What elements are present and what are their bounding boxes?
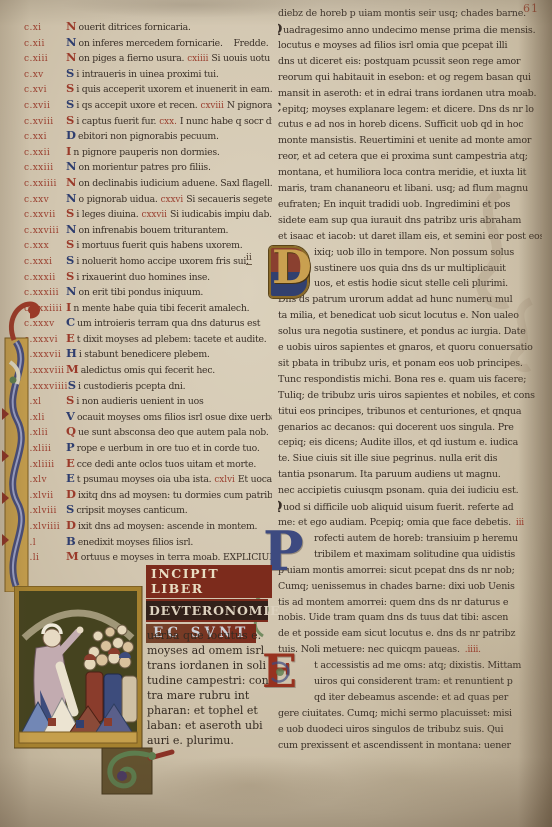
chapter-text: cripsit moyses canticum. [76,503,187,518]
capitula-row: c.xxxiiii I n mente habe quia tibi fecer… [24,300,272,316]
line-text: nec accipietis cuiusqm psonam. quia dei … [278,485,518,496]
chapter-marker: .iiii. [465,645,481,655]
chapter-number: c.xxxi [24,255,66,269]
chapter-initial: S [66,253,74,269]
chapter-text: i noluerit homo accipe uxorem fris sui. [76,254,248,269]
chapter-number: c.xv [24,68,66,82]
text-line: titui eos principes, tribunos et centuri… [278,404,542,420]
chapter-text-2: Et uocau moyses [238,472,272,487]
line-text: mansit in aseroth: et in edrai trans ior… [278,88,536,99]
chapter-number: c.xxvii [24,208,66,222]
chapter-initial: S [66,113,74,129]
text-line: tribilem et maximam solitudine qua uidis… [278,547,542,563]
chapter-initial: S [66,237,74,253]
decorated-initial-d: D [269,246,309,298]
capitula-row: c.xlviii S cripsit moyses canticum. [24,502,272,518]
chapter-text: n pignore pauperis non dormies. [73,145,219,160]
chapter-text: i non audieris uenient in uos [76,394,203,409]
line-text: tribilem et maximam solitudine qua uidis… [314,549,515,560]
chapter-number: c.xvi [24,83,66,97]
inline-chapter-number: cxxvii [142,208,167,222]
chapter-initial: N [66,284,77,300]
chapter-initial: N [66,175,77,191]
text-line: tantia psonarum. Ita paruum audiens ut m… [278,467,542,483]
enlarged-capital: Q [278,499,282,514]
chapter-number: c.xvii [24,99,66,113]
text-line: de et posside eam sicut locutus e. dns d… [278,626,542,642]
text-line: montana, et humiliora loca contra meridi… [278,165,542,181]
chapter-initial: S [66,97,74,113]
capitula-row: c.xliiii E cce dedi ante oclos tuos uita… [24,456,272,472]
foliage-ornament-icon [268,658,294,692]
capitula-row: c.xiii N on piges a fierno usura. cxiiii… [24,50,272,66]
parchment-stain [290,745,520,815]
chapter-text: t dixit moyses ad plebem: tacete et audi… [77,332,267,347]
chapter-text-2: I nunc habe q socr dma [180,114,272,129]
chapter-number: c.xxxii [24,271,66,285]
text-line: mansit in aseroth: et in edrai trans ior… [278,86,542,102]
capitula-row: c.xlvii D ixitq dns ad moysen: tu dormie… [24,487,272,503]
inline-chapter-number: cxx. [159,115,177,129]
chapter-number: c.xii [24,37,66,51]
chapter-initial: I [66,144,71,160]
historiated-initial-h-miniature [14,586,176,798]
capitula-row: c.xxviii N on infrenabis bouem triturant… [24,222,272,238]
text-line: qd iter debeamus ascende: et ad quas per [278,690,542,706]
capitula-row: c.xviii S i captus fuerit fur. cxx. I nu… [24,113,272,129]
dragon-tail-ornament [102,748,172,794]
chapter-number: c.xiii [24,52,66,66]
chapter-initial: M [66,549,79,565]
line-text: diebz de horeb p uiam montis seir usq; c… [278,8,526,19]
capitula-row: c.xxi D ebitori non pignorabis pecuum. [24,128,272,144]
line-text: me: et ego audiam. Pcepiq; omia que face… [278,517,511,528]
capitula-row: c.xxiiii N on declinabis iudicium aduene… [24,175,272,191]
line-text: Tuliq; de tribubz uris uiros sapientes e… [278,390,535,401]
chapter-text: on erit tibi pondus iniquum. [79,285,204,300]
chapter-text: on inferes mercedem fornicarie. Fredde. [79,36,269,51]
line-text: tuis. Noli metuere: nec quicqm paueas. [278,644,460,655]
line-text: solus ura negotia sustinere, et pondus a… [278,326,526,337]
text-line: tuis. Noli metuere: nec quicqm paueas..i… [278,642,542,658]
text-line: rofecti autem de horeb: transiuim p here… [278,531,542,547]
chapter-initial: S [66,66,74,82]
text-line: nobis. Uide tram quam dns ds tuus dat ti… [278,610,542,626]
capitula-row: c.xlii Q ue sunt absconsa deo que autem … [24,424,272,440]
capitula-row: c.xvii S i qs accepit uxore et recen. cx… [24,97,272,113]
line-text: genarios ac decanos: qui docerent uos si… [278,422,514,433]
text-line: cum prexissent et ascendissent in montan… [278,738,542,754]
chapter-text: on declinabis iudicium aduene. Saxl flag… [79,176,272,191]
line-text: uiros qui considerent tram: et renuntien… [314,676,513,687]
chapter-text: ouerit ditrices fornicaria. [79,20,191,35]
line-text: reorum qui habitauit in esebon: et og re… [278,72,531,83]
text-line: t accessistis ad me oms: atq; dixistis. … [278,658,542,674]
chapter-initial: S [66,206,74,222]
line-text: dns ut diceret eis: postquam pcussit seo… [278,56,520,67]
line-text: monte mansistis. Reuertimini et uenite a… [278,135,531,146]
line-text: qd iter debeamus ascende: et ad quas per [314,692,508,703]
text-line: monte mansistis. Reuertimini et uenite a… [278,133,542,149]
capitula-row: c.xli V ocauit moyses oms filios isrl os… [24,409,272,425]
chapter-initial: N [66,50,77,66]
chapter-text: ixitq dns ad moysen: tu dormies cum patr… [78,488,272,503]
chapter-number: c.xxviii [24,224,66,238]
capitula-row: c.xxxvii H i stabunt benedicere plebem. [24,346,272,362]
chapter-text: enedixit moyses filios isrl. [78,535,193,550]
capitula-row: c.li M ortuus e moyses in terra moab. EX… [24,549,272,565]
line-text: te. Siue ciuis sit ille siue pegrinus. n… [278,453,497,464]
capitula-row: c.l B enedixit moyses filios isrl. [24,534,272,550]
chapter-text: i custodieris pcepta dni. [78,379,185,394]
text-line: Cumq; uenissemus in chades barne: dixi u… [278,579,542,595]
chapter-number: c.xxv [24,193,66,207]
line-text: locutus e moyses ad filios isrl omia que… [278,40,507,51]
chapter-initial: V [66,409,75,425]
text-line: gere ciuitates. Cumq; michi sermo placui… [278,706,542,722]
line-text: e uob duodeci uiros singulos de tribubz … [278,724,503,735]
parchment-stain [150,755,350,815]
capitula-row: c.xxxii S i rixauerint duo homines inse. [24,269,272,285]
line-text: cum prexissent et ascendissent in montan… [278,740,511,751]
chapter-text: cce dedi ante oclos tuos uitam et morte. [77,457,256,472]
capitula-row: c.xvi S i quis acceperit uxorem et inuen… [24,81,272,97]
capitula-row: c.xxxvi E t dixit moyses ad plebem: tace… [24,331,272,347]
chapter-initial: B [66,534,76,550]
line-text: Tunc respondistis michi. Bona res e. qua… [278,374,526,385]
text-line: uiros qui considerent tram: et renuntien… [278,674,542,690]
chapter-initial: E [66,331,75,347]
chapter-number: c.xxi [24,130,66,144]
chapter-initial: N [66,222,77,238]
text-line: Tuliq; de tribubz uris uiros sapientes e… [278,388,542,404]
chapter-text: t psumau moyses oia uba ista. [77,472,212,487]
chapter-text: i quis acceperit uxorem et inuenerit in … [76,82,272,97]
line-text: montana, et humiliora loca contra meridi… [278,167,526,178]
text-line: tis ad montem amorrei: quem dns ds nr da… [278,595,542,611]
capitula-row: c.xxxviiii S i custodieris pcepta dni. [24,378,272,394]
chapter-text: um introieris terram qua dns daturus est [77,316,260,331]
chapter-number: c.xxiii [24,161,66,175]
chapter-initial: C [66,315,75,331]
text-line: reorum qui habitauit in esebon: et og re… [278,70,542,86]
line-text: Cumq; uenissemus in chades barne: dixi u… [278,581,515,592]
chapter-number: c.xviii [24,115,66,129]
line-text: reor, et ad cetera que ei proxima sunt c… [278,151,528,162]
capitula-row: c.xxxiii N on erit tibi pondus iniquum. [24,284,272,300]
chapter-initial: E [66,456,75,472]
chapter-text: i rixauerint duo homines inse. [76,270,210,285]
chapter-text: i qs accepit uxore et recen. [76,98,197,113]
line-text: tis ad montem amorrei: quem dns ds nr da… [278,597,508,608]
text-line: Cepitq; moyses explanare legem: et dicer… [278,101,542,117]
line-text: tantia psonarum. Ita paruum audiens ut m… [278,469,501,480]
capitula-row: c.xxiii N on morientur patres pro filiis… [24,159,272,175]
chapter-initial: N [66,19,77,35]
inline-chapter-number: cxiiii [187,52,208,66]
chapter-number: c.xxiiii [24,177,66,191]
text-line: diebz de horeb p uiam montis seir usq; c… [278,6,542,22]
text-line: cutus e ad nos in horeb dicens. Sufficit… [278,117,542,133]
chapter-text: on infrenabis bouem triturantem. [79,223,229,238]
chapter-initial: H [66,346,77,362]
chapter-text: ixit dns ad moysen: ascende in montem. [78,519,257,534]
capitula-row: c.xxii I n pignore pauperis non dormies. [24,144,272,160]
line-text: cepiq; eis dicens; Audite illos, et qd i… [278,437,518,448]
line-text: rofecti autem de horeb: transiuim p here… [314,533,518,544]
chapter-text: ortuus e moyses in terra moab. EXPLICIUN… [81,550,272,565]
capitula-row: c.xl S i non audieris uenient in uos [24,393,272,409]
chapter-text: aledictus omis qui fecerit hec. [81,363,215,378]
text-line: dns ut diceret eis: postquam pcussit seo… [278,54,542,70]
line-text: t accessistis ad me oms: atq; dixistis. … [314,660,521,671]
capitula-row: c.xxx S i mortuus fuerit quis habens uxo… [24,237,272,253]
left-border-vine-ornament [2,300,46,592]
chapter-text-2: N pignorab mola. [227,98,272,113]
capitula-row: c.xxxv C um introieris terram qua dns da… [24,315,272,331]
chapter-number: c.xxii [24,146,66,160]
chapter-text: rope e uerbum in ore tuo et in corde tuo… [77,441,260,456]
chapter-text-2: Si uouis uotu dno [211,51,272,66]
show-through-ghost-icon [495,295,545,375]
chapter-initial: D [66,487,76,503]
text-line: e uob duodeci uiros singulos de tribubz … [278,722,542,738]
line-text: epitq; moyses explanare legem: et dicere… [282,104,534,115]
chapter-text-2: Si iudicabis impiu dab. [170,207,272,222]
chapter-number: c.xi [24,21,66,35]
line-text: uadragesimo anno undecimo mense prima di… [283,25,535,36]
line-text: titui eos principes, tribunos et centuri… [278,406,521,417]
line-text: gere ciuitates. Cumq; michi sermo placui… [278,708,512,719]
chapter-number: c.xxx [24,239,66,253]
capitula-row: c.xii N on inferes mercedem fornicarie. … [24,35,272,51]
text-line: Quadragesimo anno undecimo mense prima d… [278,22,542,38]
text-line: te. Siue ciuis sit ille siue pegrinus. n… [278,451,542,467]
capitula-row: c.xxxi S i noluerit homo accipe uxorem f… [24,253,272,269]
chapter-text: ebitori non pignorabis pecuum. [78,129,219,144]
chapter-text: on piges a fierno usura. [79,51,185,66]
chapter-initial: S [66,269,74,285]
chapter-initial: S [68,378,76,394]
margin-chapter-ii: ii [246,253,252,265]
chapter-text: n mente habe quia tibi fecerit amalech. [73,301,249,316]
chapter-initial: S [66,502,74,518]
text-line: me: et ego audiam. Pcepiq; omia que face… [278,515,542,531]
line-text: p uiam montis amorrei: sicut pcepat dns … [278,565,515,576]
chapter-initial: P [66,440,75,456]
chapter-text: i captus fuerit fur. [76,114,156,129]
line-text: sit pbata in tribubz uris, et ponam eos … [278,358,523,369]
chapter-number: c.xxxiii [24,286,66,300]
chapter-initial: N [66,35,77,51]
chapter-text: i stabunt benedicere plebem. [79,347,210,362]
chapter-text: on morientur patres pro filiis. [79,160,211,175]
enlarged-capital: Q [278,22,282,37]
capitula-row: c.xv S i intraueris in uinea proximi tui… [24,66,272,82]
capitula-row: c.xi N ouerit ditrices fornicaria. [24,19,272,35]
chapter-marker: iii [516,518,524,528]
chapter-initial: D [66,128,76,144]
chapter-initial: S [66,393,74,409]
manuscript-page: 61 c.xi N ouerit ditrices fornicaria. c.… [0,0,552,827]
chapter-initial: I [66,300,71,316]
main-text-column: diebz de horeb p uiam montis seir usq; c… [278,6,542,754]
chapter-initial: S [66,81,74,97]
chapter-initial: Q [66,424,76,440]
chapter-initial: E [66,471,75,487]
line-text: uod si difficile uob aliquid uisum fueri… [283,502,513,513]
capitula-row: c.xlv E t psumau moyses oia uba ista. cx… [24,471,272,487]
inline-chapter-number: cxlvi [214,473,235,487]
chapter-initial: D [66,518,76,534]
text-line: genarios ac decanos: qui docerent uos si… [278,420,542,436]
text-line: p uiam montis amorrei: sicut pcepat dns … [278,563,542,579]
text-line: locutus e moyses ad filios isrl omia que… [278,38,542,54]
capitula-row: c.xliii P rope e uerbum in ore tuo et in… [24,440,272,456]
inline-chapter-number: cxviii [201,99,224,113]
line-text: cutus e ad nos in horeb dicens. Sufficit… [278,119,523,130]
capitula-row: c.xxxviii M aledictus omis qui fecerit h… [24,362,272,378]
capitula-row: c.xxv N o pignorab uidua. cxxvi Si secau… [24,191,272,207]
text-line: reor, et ad cetera que ei proxima sunt c… [278,149,542,165]
capitula-row: c.xxvii S i leges diuina. cxxvii Si iudi… [24,206,272,222]
capitula-row: c.xlviiii D ixit dns ad moysen: ascende … [24,518,272,534]
line-text: nobis. Uide tram quam dns ds tuus dat ti… [278,612,508,623]
chapter-initial: N [66,191,77,207]
enlarged-capital: C [278,101,281,116]
chapter-text: ocauit moyses oms filios isrl osue dixe … [77,410,272,425]
chapter-initial: N [66,159,77,175]
text-line: Quod si difficile uob aliquid uisum fuer… [278,499,542,515]
chapter-text-2: Si secaueris segete. [186,192,272,207]
chapter-initial: M [66,362,79,378]
chapter-text: i leges diuina. [76,207,138,222]
line-text: de et posside eam sicut locutus e. dns d… [278,628,515,639]
text-line: nec accipietis cuiusqm psonam. quia dei … [278,483,542,499]
chapter-text: i mortuus fuerit quis habens uxorem. [76,238,242,253]
chapter-text: i intraueris in uinea proximi tui. [76,67,218,82]
text-line: cepiq; eis dicens; Audite illos, et qd i… [278,435,542,451]
chapter-text: ue sunt absconsa deo que autem pala nob. [78,425,269,440]
chapter-text: o pignorab uidua. [79,192,158,207]
inline-chapter-number: cxxvi [161,193,184,207]
capitula-list: c.xi N ouerit ditrices fornicaria. c.xii… [24,19,272,565]
